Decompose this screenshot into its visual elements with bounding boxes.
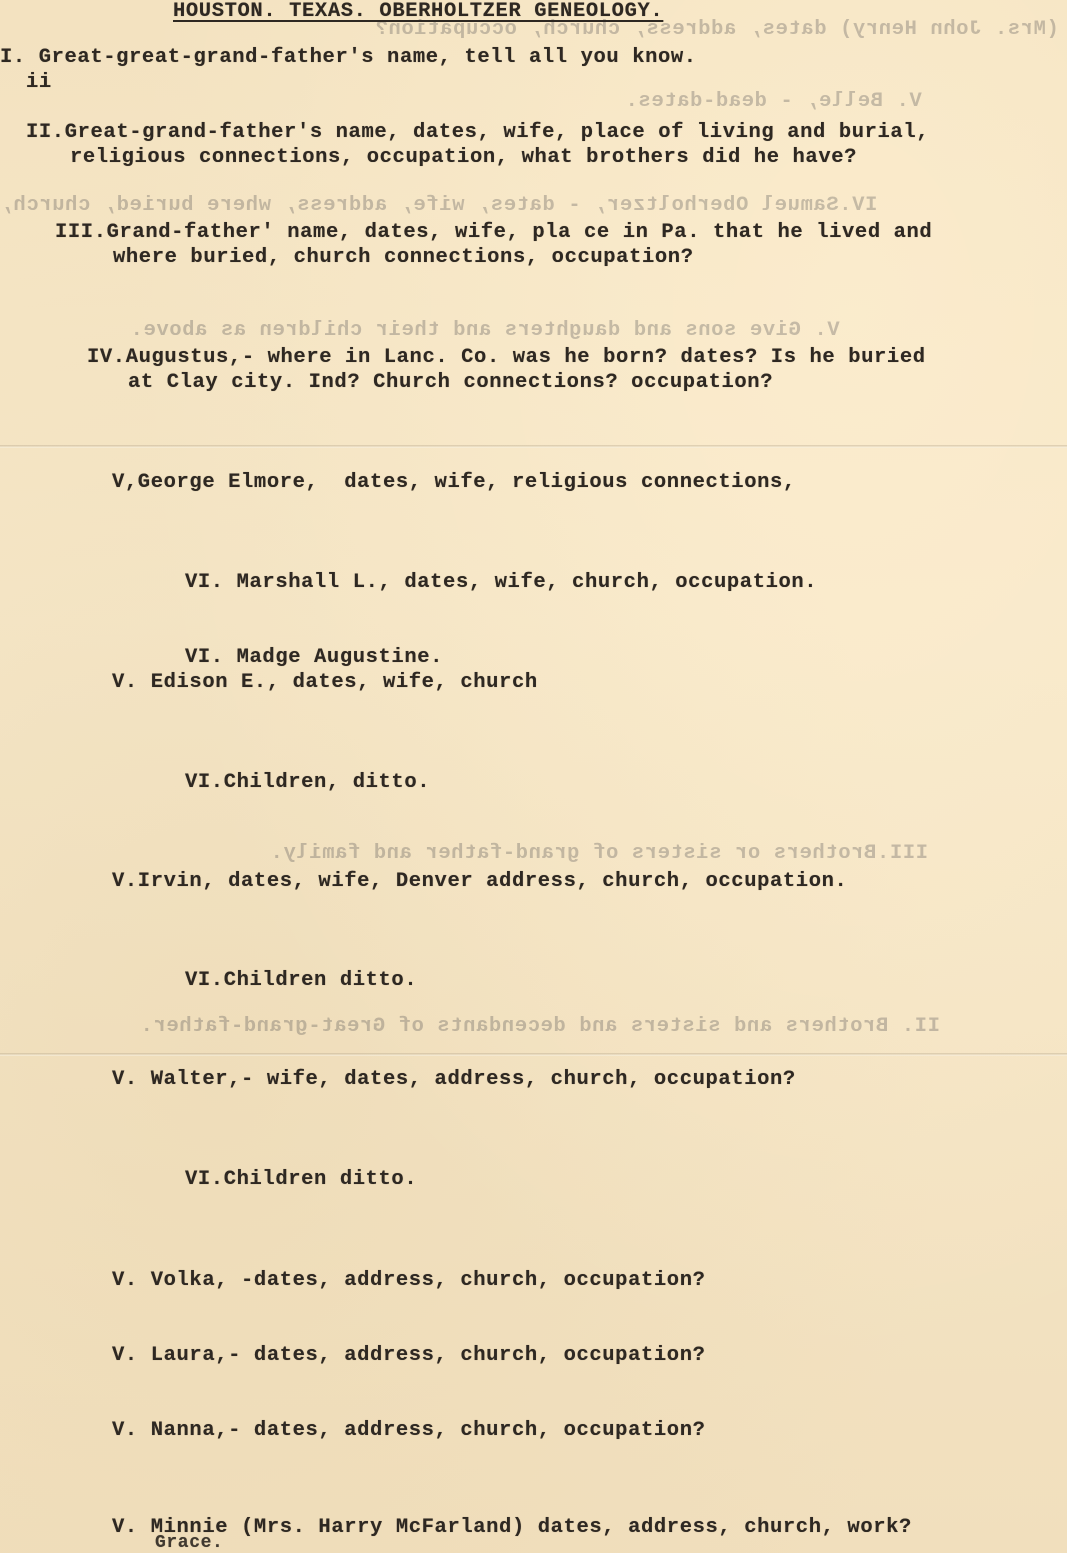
entry-V-edison: V. Edison E., dates, wife, church	[112, 671, 538, 694]
entry-III-cont: where buried, church connections, occupa…	[113, 246, 694, 269]
entry-V-minnie-correction: Grace.	[155, 1533, 223, 1553]
entry-V-george: V,George Elmore, dates, wife, religious …	[112, 471, 796, 494]
entry-IV-cont: at Clay city. Ind? Church connections? o…	[128, 371, 773, 394]
bleed-through-text: II. Brothers and sisters and decendants …	[140, 1015, 940, 1038]
fold-line-top	[0, 445, 1067, 448]
bleed-through-text: IV.Samuel Oberholtzer, - dates, wife, ad…	[0, 194, 877, 217]
entry-I: I. Great-great-grand-father's name, tell…	[0, 46, 697, 69]
entry-V-volka: V. Volka, -dates, address, church, occup…	[112, 1269, 706, 1292]
bleed-through-text: III.Brothers or sisters of grand-father …	[270, 842, 928, 865]
fold-line-bottom	[0, 1053, 1067, 1056]
entry-VI-madge: VI. Madge Augustine.	[185, 646, 443, 669]
entry-III: III.Grand-father' name, dates, wife, pla…	[55, 221, 932, 244]
entry-note: ii	[26, 71, 52, 94]
entry-V-walter: V. Walter,- wife, dates, address, church…	[112, 1068, 796, 1091]
entry-V-minnie: V. Minnie (Mrs. Harry McFarland) dates, …	[112, 1516, 912, 1539]
entry-II: II.Great-grand-father's name, dates, wif…	[26, 121, 929, 144]
entry-V-irvin: V.Irvin, dates, wife, Denver address, ch…	[112, 870, 847, 893]
entry-VI-children-walter: VI.Children ditto.	[185, 1168, 417, 1191]
entry-VI-children-irvin: VI.Children ditto.	[185, 969, 417, 992]
entry-VI-marshall: VI. Marshall L., dates, wife, church, oc…	[185, 571, 817, 594]
bleed-through-text: V. Give sons and daughters and their chi…	[130, 319, 840, 342]
entry-V-laura: V. Laura,- dates, address, church, occup…	[112, 1344, 706, 1367]
entry-VI-children-edison: VI.Children, ditto.	[185, 771, 430, 794]
entry-V-nanna: V. Nanna,- dates, address, church, occup…	[112, 1419, 706, 1442]
bleed-through-text: V. Belle, - dead-dates.	[625, 90, 922, 113]
entry-II-cont: religious connections, occupation, what …	[70, 146, 857, 169]
document-title: HOUSTON. TEXAS. OBERHOLTZER GENEOLOGY.	[173, 0, 663, 23]
entry-IV: IV.Augustus,- where in Lanc. Co. was he …	[87, 346, 926, 369]
